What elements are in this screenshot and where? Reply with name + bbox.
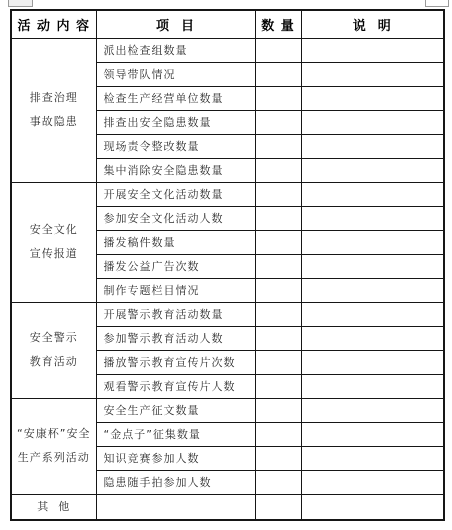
item-cell (96, 494, 255, 520)
note-cell[interactable] (301, 62, 444, 86)
quantity-cell[interactable] (255, 254, 301, 278)
table-row: “安康杯”安全生产系列活动安全生产征文数量 (11, 398, 444, 422)
note-cell[interactable] (301, 398, 444, 422)
item-cell: “金点子”征集数量 (96, 422, 255, 446)
quantity-cell[interactable] (255, 158, 301, 182)
note-cell[interactable] (301, 494, 444, 520)
activity-group-cell: 其 他 (11, 494, 96, 520)
item-cell: 派出检查组数量 (96, 38, 255, 62)
item-cell: 播发公益广告次数 (96, 254, 255, 278)
table-row: 安全文化宣传报道开展安全文化活动数量 (11, 182, 444, 206)
note-cell[interactable] (301, 254, 444, 278)
activity-group-label: 教育活动 (12, 350, 96, 374)
activity-group-label: 事故隐患 (12, 110, 96, 134)
item-cell: 参加安全文化活动人数 (96, 206, 255, 230)
note-cell[interactable] (301, 302, 444, 326)
quantity-cell[interactable] (255, 422, 301, 446)
column-header-item: 项 目 (96, 10, 255, 38)
note-cell[interactable] (301, 470, 444, 494)
activity-group-cell: “安康杯”安全生产系列活动 (11, 398, 96, 494)
table-row: 其 他 (11, 494, 444, 520)
quantity-cell[interactable] (255, 302, 301, 326)
activity-group-cell: 排查治理事故隐患 (11, 38, 96, 182)
note-cell[interactable] (301, 374, 444, 398)
item-cell: 现场责令整改数量 (96, 134, 255, 158)
quantity-cell[interactable] (255, 278, 301, 302)
activity-group-label: 安全文化 (12, 218, 96, 242)
document-page: 活 动 内 容 项 目 数 量 说 明 排查治理事故隐患派出检查组数量领导带队情… (0, 0, 452, 530)
activity-report-form-table: 活 动 内 容 项 目 数 量 说 明 排查治理事故隐患派出检查组数量领导带队情… (10, 9, 445, 521)
column-header-activity: 活 动 内 容 (11, 10, 96, 38)
quantity-cell[interactable] (255, 38, 301, 62)
column-header-note: 说 明 (301, 10, 444, 38)
item-cell: 开展安全文化活动数量 (96, 182, 255, 206)
quantity-cell[interactable] (255, 470, 301, 494)
activity-group-label: “安康杯”安全 (12, 422, 96, 446)
item-cell: 播放警示教育宣传片次数 (96, 350, 255, 374)
quantity-cell[interactable] (255, 86, 301, 110)
item-cell: 开展警示教育活动数量 (96, 302, 255, 326)
item-cell: 安全生产征文数量 (96, 398, 255, 422)
note-cell[interactable] (301, 350, 444, 374)
activity-group-label: 排查治理 (12, 86, 96, 110)
quantity-cell[interactable] (255, 494, 301, 520)
cropped-cell-remnant-right (425, 0, 449, 7)
activity-group-label: 宣传报道 (12, 242, 96, 266)
item-cell: 隐患随手拍参加人数 (96, 470, 255, 494)
item-cell: 领导带队情况 (96, 62, 255, 86)
item-cell: 播发稿件数量 (96, 230, 255, 254)
quantity-cell[interactable] (255, 446, 301, 470)
note-cell[interactable] (301, 158, 444, 182)
item-cell: 知识竞赛参加人数 (96, 446, 255, 470)
table-body: 排查治理事故隐患派出检查组数量领导带队情况检查生产经营单位数量排查出安全隐患数量… (11, 38, 444, 520)
item-cell: 参加警示教育活动人数 (96, 326, 255, 350)
column-header-quantity: 数 量 (255, 10, 301, 38)
activity-group-label: 生产系列活动 (12, 446, 96, 470)
activity-group-cell: 安全文化宣传报道 (11, 182, 96, 302)
item-cell: 排查出安全隐患数量 (96, 110, 255, 134)
quantity-cell[interactable] (255, 62, 301, 86)
quantity-cell[interactable] (255, 350, 301, 374)
quantity-cell[interactable] (255, 134, 301, 158)
activity-group-label: 其 他 (12, 495, 96, 519)
quantity-cell[interactable] (255, 206, 301, 230)
item-cell: 观看警示教育宣传片人数 (96, 374, 255, 398)
header-row: 活 动 内 容 项 目 数 量 说 明 (11, 10, 444, 38)
quantity-cell[interactable] (255, 398, 301, 422)
item-cell: 检查生产经营单位数量 (96, 86, 255, 110)
note-cell[interactable] (301, 326, 444, 350)
note-cell[interactable] (301, 110, 444, 134)
note-cell[interactable] (301, 182, 444, 206)
item-cell: 制作专题栏目情况 (96, 278, 255, 302)
note-cell[interactable] (301, 38, 444, 62)
cropped-cell-remnant-left (8, 0, 33, 7)
quantity-cell[interactable] (255, 182, 301, 206)
note-cell[interactable] (301, 230, 444, 254)
quantity-cell[interactable] (255, 374, 301, 398)
quantity-cell[interactable] (255, 110, 301, 134)
note-cell[interactable] (301, 134, 444, 158)
quantity-cell[interactable] (255, 326, 301, 350)
activity-group-cell: 安全警示教育活动 (11, 302, 96, 398)
note-cell[interactable] (301, 422, 444, 446)
note-cell[interactable] (301, 86, 444, 110)
note-cell[interactable] (301, 206, 444, 230)
table-row: 排查治理事故隐患派出检查组数量 (11, 38, 444, 62)
note-cell[interactable] (301, 446, 444, 470)
item-cell: 集中消除安全隐患数量 (96, 158, 255, 182)
note-cell[interactable] (301, 278, 444, 302)
quantity-cell[interactable] (255, 230, 301, 254)
table-row: 安全警示教育活动开展警示教育活动数量 (11, 302, 444, 326)
activity-group-label: 安全警示 (12, 326, 96, 350)
